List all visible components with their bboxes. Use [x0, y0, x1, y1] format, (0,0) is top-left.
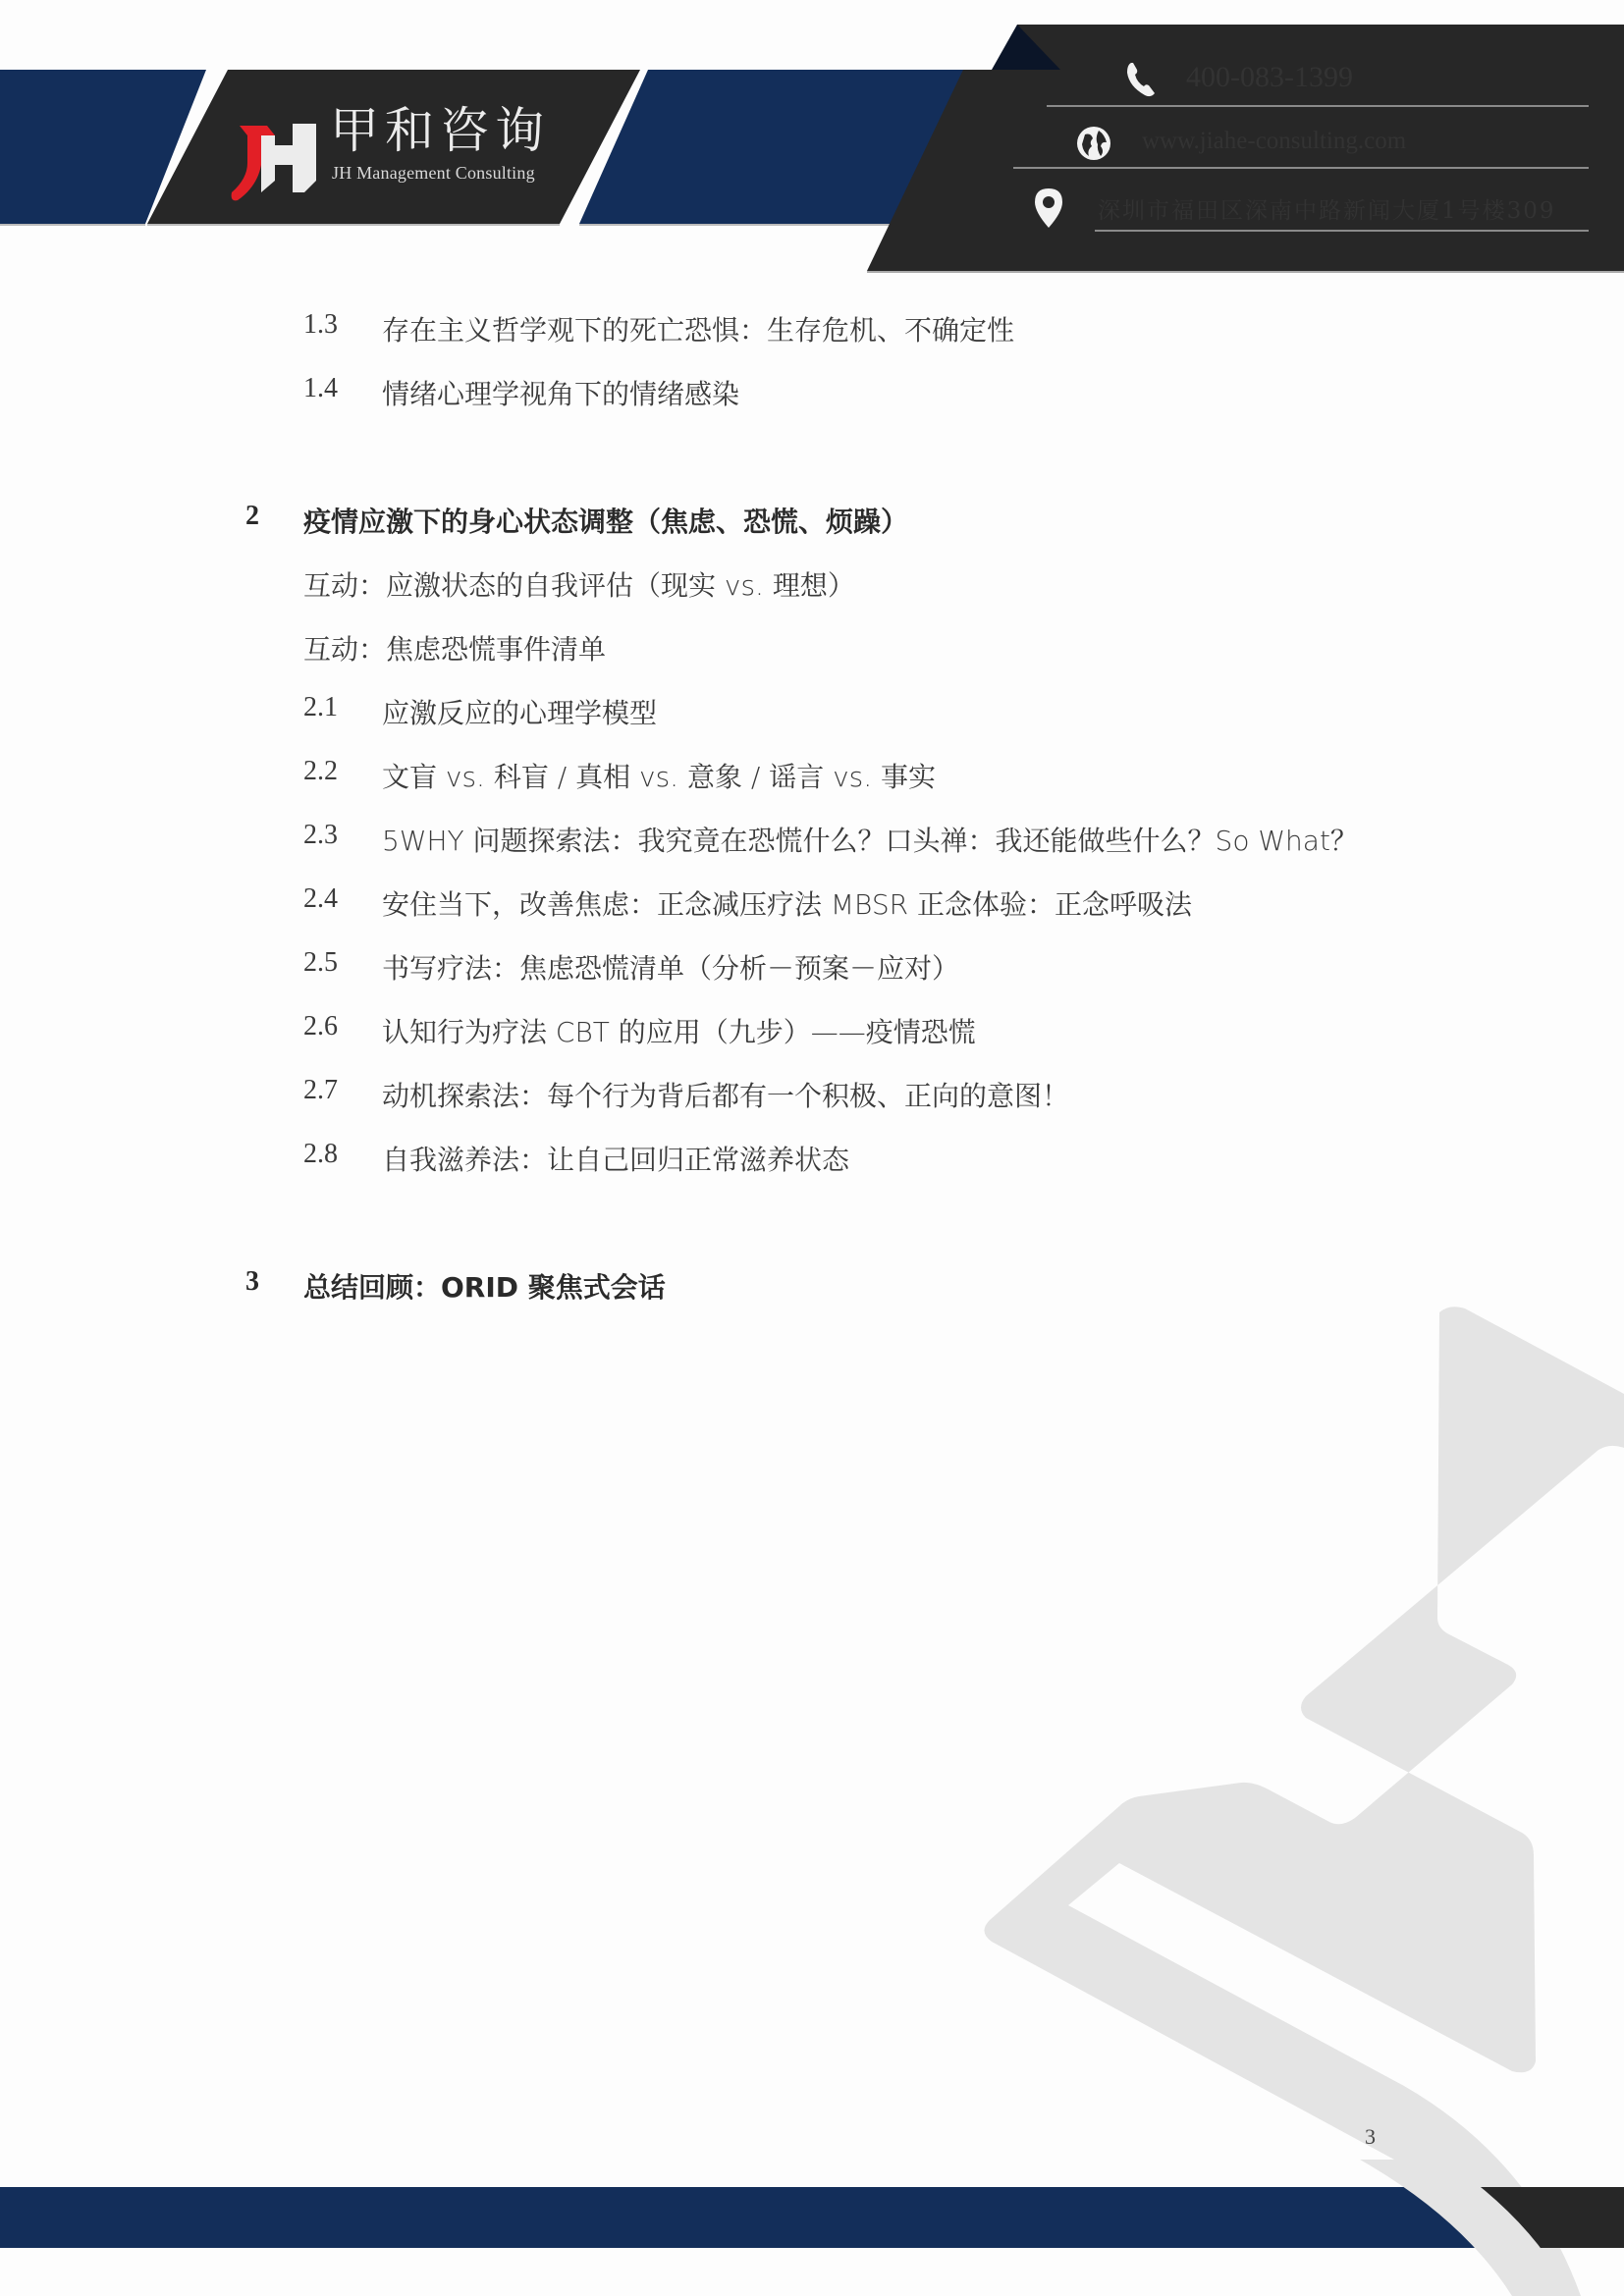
website-link[interactable]: www.jiahe-consulting.com [1142, 128, 1406, 155]
phone-underline [1047, 105, 1589, 107]
toc-number: 3 [245, 1266, 259, 1298]
toc-text: 5WHY 问题探索法：我究竟在恐慌什么？口头禅：我还能做些什么？So What？ [382, 820, 1358, 859]
toc-number: 2.7 [303, 1075, 338, 1106]
toc-text: 文盲 vs. 科盲 / 真相 vs. 意象 / 谣言 vs. 事实 [382, 756, 936, 795]
toc-number: 2.6 [303, 1011, 338, 1042]
toc-number: 2 [245, 501, 259, 532]
toc-number: 2.1 [303, 692, 338, 723]
globe-icon [1075, 125, 1112, 162]
address-underline [1095, 230, 1589, 232]
toc-number: 2.8 [303, 1139, 338, 1170]
toc-number: 2.2 [303, 756, 338, 787]
toc-number: 2.3 [303, 820, 338, 851]
website-underline [1013, 167, 1589, 169]
phone-icon [1125, 61, 1157, 98]
toc-text: 情绪心理学视角下的情绪感染 [382, 373, 739, 412]
address: 深圳市福田区深南中路新闻大厦1号楼309 [1098, 192, 1556, 225]
logo-name-en: JH Management Consulting [332, 163, 535, 184]
toc-text: 自我滋养法：让自己回归正常滋养状态 [382, 1139, 849, 1178]
toc-text: 动机探索法：每个行为背后都有一个积极、正向的意图！ [382, 1075, 1069, 1114]
toc-number: 2.5 [303, 947, 338, 979]
phone-number: 400-083-1399 [1186, 61, 1353, 94]
toc-text: 存在主义哲学观下的死亡恐惧：生存危机、不确定性 [382, 309, 1014, 348]
toc-text: 认知行为疗法 CBT 的应用（九步）——疫情恐慌 [382, 1011, 976, 1050]
location-pin-icon [1035, 188, 1062, 228]
toc-number: 2.4 [303, 883, 338, 915]
watermark-logo [984, 1307, 1624, 2296]
logo-name-cn: 甲和咨询 [330, 106, 550, 155]
footer-band [0, 2160, 1624, 2296]
toc-text: 应激反应的心理学模型 [382, 692, 657, 731]
toc-number: 1.4 [303, 373, 338, 404]
toc-text: 互动：焦虑恐慌事件清单 [303, 628, 606, 667]
page-number: 3 [1365, 2124, 1376, 2150]
toc-text: 疫情应激下的身心状态调整（焦虑、恐慌、烦躁） [303, 501, 908, 540]
toc-text: 总结回顾：ORID 聚焦式会话 [303, 1266, 666, 1306]
toc-text: 书写疗法：焦虑恐慌清单（分析－预案－应对） [382, 947, 959, 987]
toc-number: 1.3 [303, 309, 338, 341]
toc-text: 安住当下，改善焦虑：正念减压疗法 MBSR 正念体验：正念呼吸法 [382, 883, 1192, 923]
toc-text: 互动：应激状态的自我评估（现实 vs. 理想） [303, 564, 855, 604]
